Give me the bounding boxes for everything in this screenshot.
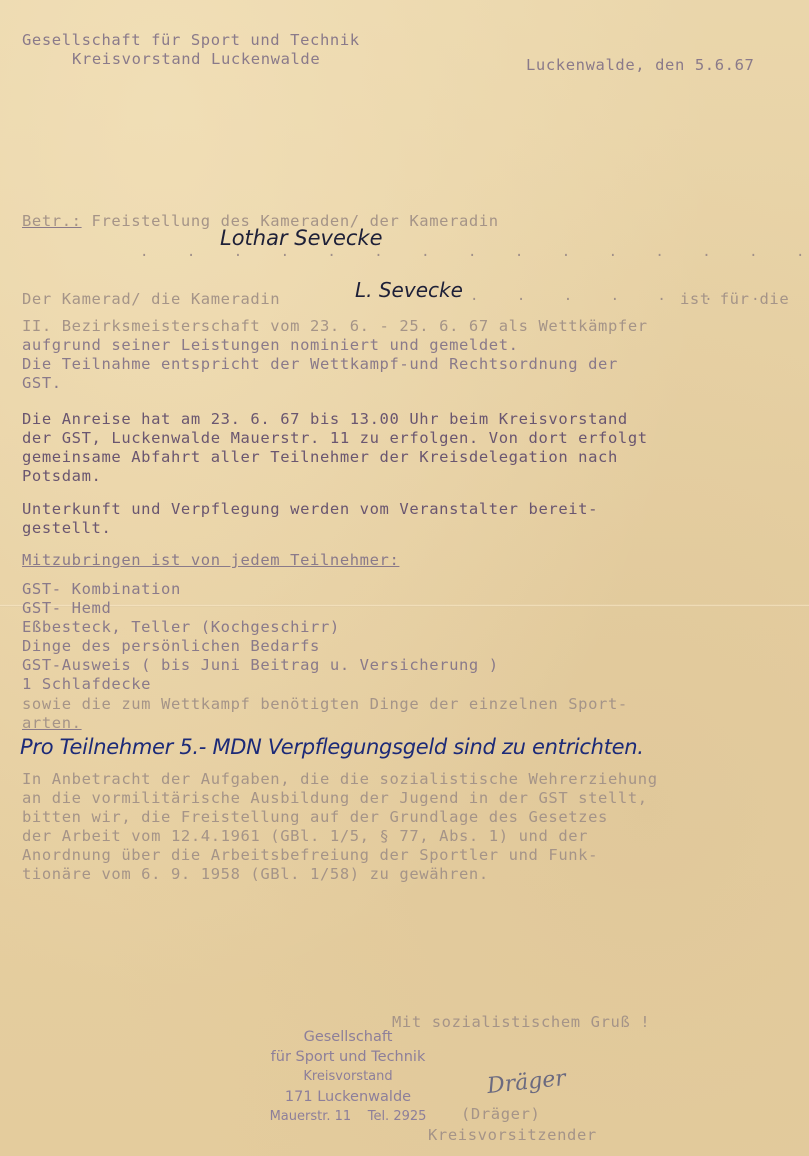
sender-department: Kreisvorstand Luckenwalde xyxy=(72,50,320,69)
organization-stamp: Gesellschaft für Sport und Technik Kreis… xyxy=(248,1027,448,1127)
handwritten-short-name: L. Sevecke xyxy=(355,278,463,302)
text-line: gemeinsame Abfahrt aller Teilnehmer der … xyxy=(22,448,618,467)
text-line: Potsdam. xyxy=(22,467,101,486)
list-item: GST-Ausweis ( bis Juni Beitrag u. Versic… xyxy=(22,656,499,675)
place-date: Luckenwalde, den 5.6.67 xyxy=(526,56,754,75)
text-line: Anordnung über die Arbeitsbefreiung der … xyxy=(22,846,598,865)
signer-name: (Dräger) xyxy=(461,1105,540,1124)
list-item: Dinge des persönlichen Bedarfs xyxy=(22,637,320,656)
stamp-line: Gesellschaft xyxy=(248,1027,448,1047)
list-item: sowie die zum Wettkampf benötigten Dinge… xyxy=(22,695,628,714)
text-line: gestellt. xyxy=(22,519,111,538)
text-line: bitten wir, die Freistellung auf der Gru… xyxy=(22,808,608,827)
text-line: der Arbeit vom 12.4.1961 (GBl. 1/5, § 77… xyxy=(22,827,588,846)
signature: Dräger xyxy=(486,1066,567,1099)
text-line: der GST, Luckenwalde Mauerstr. 11 zu erf… xyxy=(22,429,648,448)
sender-organization: Gesellschaft für Sport und Technik xyxy=(22,31,360,50)
intro-suffix: ist für die xyxy=(680,290,789,309)
paper-fold-line xyxy=(0,604,809,607)
intro-prefix: Der Kamerad/ die Kameradin xyxy=(22,290,280,309)
text-line: II. Bezirksmeisterschaft vom 23. 6. - 25… xyxy=(22,317,648,336)
text-line: In Anbetracht der Aufgaben, die die sozi… xyxy=(22,770,658,789)
stamp-line: Kreisvorstand xyxy=(248,1067,448,1087)
handwritten-note: Pro Teilnehmer 5.- MDN Verpflegungsgeld … xyxy=(20,735,644,759)
text-line: Die Anreise hat am 23. 6. 67 bis 13.00 U… xyxy=(22,410,628,429)
list-item: arten. xyxy=(22,714,82,733)
list-item: Eßbesteck, Teller (Kochgeschirr) xyxy=(22,618,340,637)
text-line: aufgrund seiner Leistungen nominiert und… xyxy=(22,336,519,355)
stamp-line: Mauerstr. 11 Tel. 2925 xyxy=(248,1107,448,1127)
text-line: GST. xyxy=(22,374,62,393)
stamp-line: für Sport und Technik xyxy=(248,1047,448,1067)
stamp-line: 171 Luckenwalde xyxy=(248,1087,448,1107)
list-item: GST- Kombination xyxy=(22,580,181,599)
subject-label: Betr.: xyxy=(22,212,82,230)
text-line: Die Teilnahme entspricht der Wettkampf-u… xyxy=(22,355,618,374)
list-heading: Mitzubringen ist von jedem Teilnehmer: xyxy=(22,551,399,570)
text-line: an die vormilitärische Ausbildung der Ju… xyxy=(22,789,648,808)
list-item: GST- Hemd xyxy=(22,599,111,618)
text-line: Unterkunft und Verpflegung werden vom Ve… xyxy=(22,500,598,519)
signer-title: Kreisvorsitzender xyxy=(428,1126,597,1145)
dotted-fill-line: . . . . . . . . . . . . . . . . . . . . … xyxy=(140,244,809,260)
text-line: tionäre vom 6. 9. 1958 (GBl. 1/58) zu ge… xyxy=(22,865,489,884)
list-item: 1 Schlafdecke xyxy=(22,675,151,694)
